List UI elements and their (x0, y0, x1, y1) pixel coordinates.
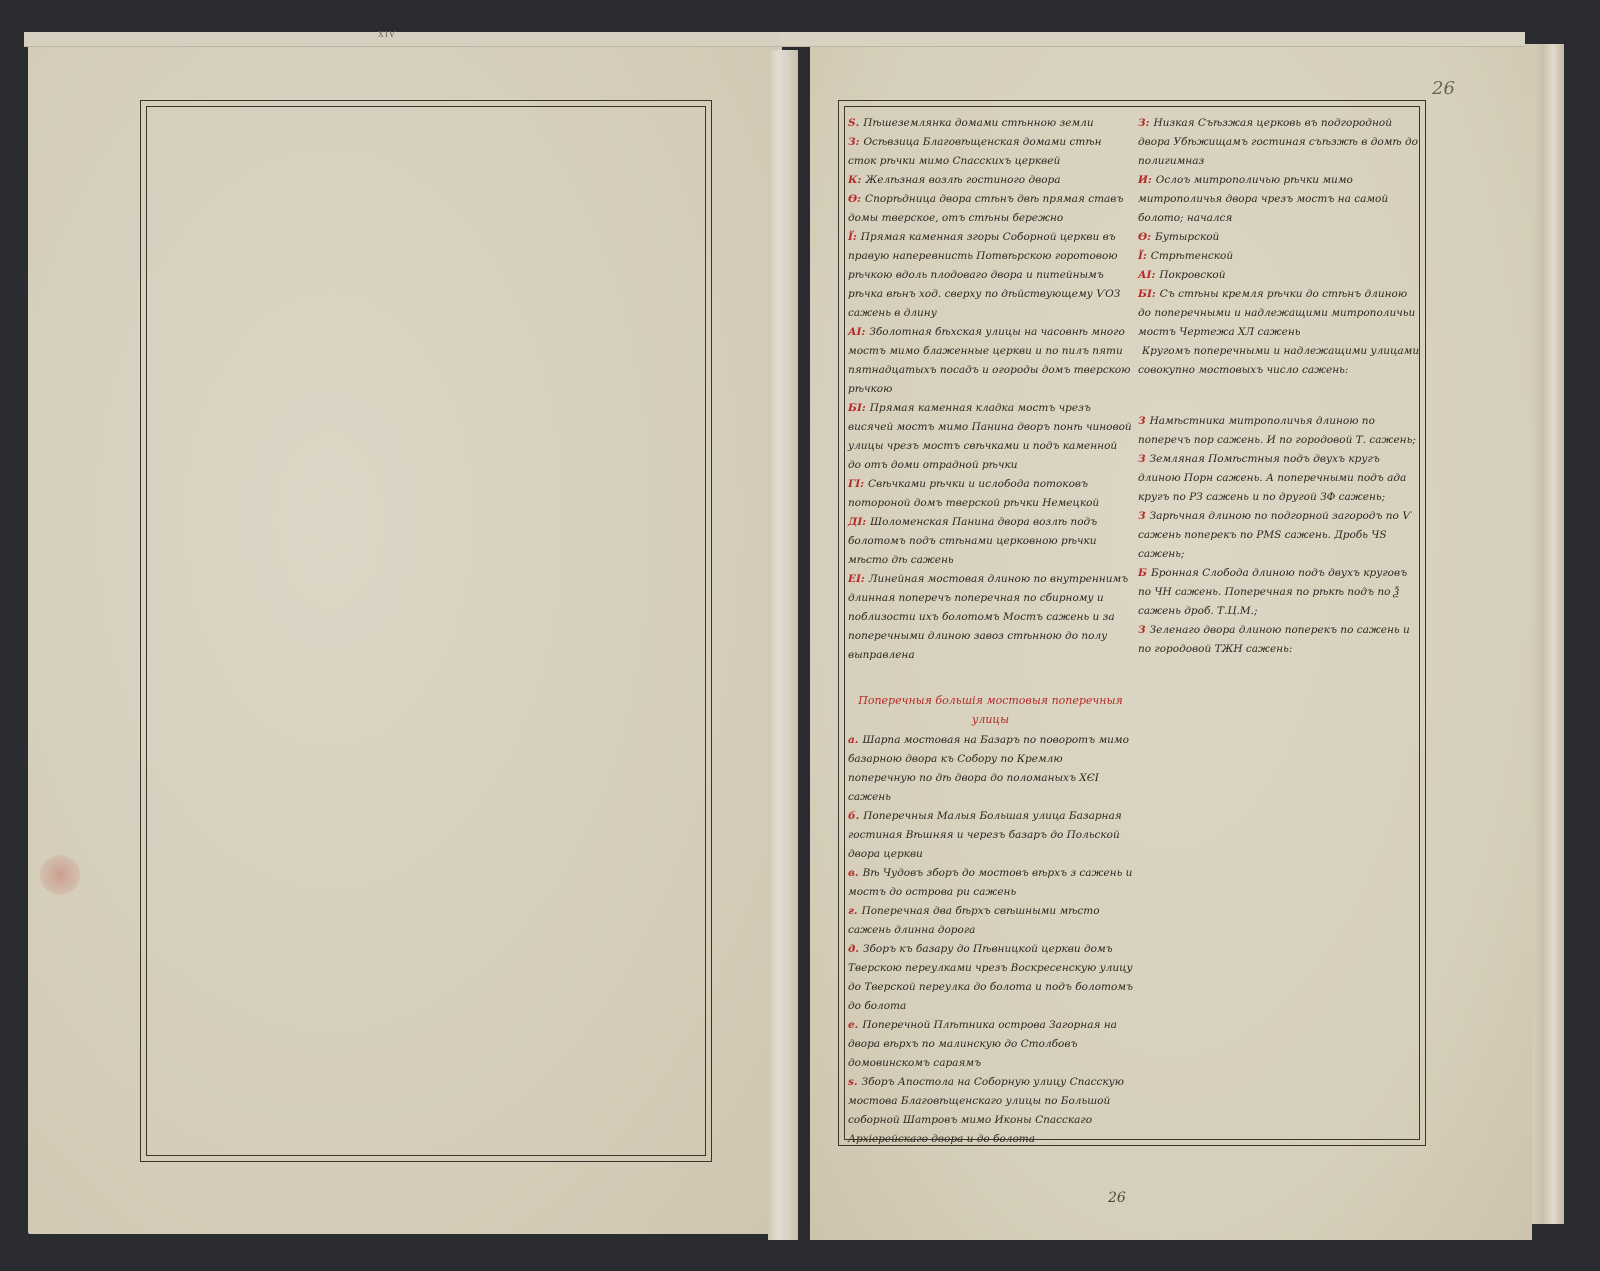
entry-number: Ѳ: (848, 193, 861, 205)
section-heading: Поперечныя большія мостовыя поперечныя у… (848, 691, 1133, 729)
text-column-2: З:Низкая Съѣзжая церковь въ подгородной … (1138, 114, 1423, 659)
entry-text: Шоломенская Панина двора возлѣ подъ боло… (848, 516, 1097, 566)
folio-number-top: 26 (1432, 78, 1455, 99)
entry-text: Зборъ къ базару до Пѣвницкой церкви домъ… (848, 943, 1133, 1012)
entry-text: Бутырской (1155, 231, 1219, 243)
entry-number: е. (848, 1019, 858, 1031)
entry-number: З: (1138, 117, 1149, 129)
entry-number: К: (848, 174, 861, 186)
entry: К:Желѣзная возлѣ гостиного двора (848, 171, 1133, 190)
entry: З:Осѣвзица Благовѣщенская домами стѣн ст… (848, 133, 1133, 171)
entry-number: АІ: (848, 326, 865, 338)
entry-number: И: (1138, 174, 1152, 186)
entry: БІ:Прямая каменная кладка мостъ чрезъ ви… (848, 399, 1133, 475)
entry-number: Ѕ. (848, 117, 859, 129)
entry: Кругомъ поперечными и надлежащими улицам… (1138, 342, 1423, 380)
entry: д.Зборъ къ базару до Пѣвницкой церкви до… (848, 940, 1133, 1016)
entry-number: ЕІ: (848, 573, 865, 585)
entry: Ѕ.Пѣшеземлянка домами стѣнною земли (848, 114, 1133, 133)
entry-number: З (1138, 415, 1146, 427)
entry-number: З (1138, 624, 1146, 636)
page-stack-edge (24, 32, 784, 47)
entry-text: Поперечныя Малыя Большая улица Базарная … (848, 810, 1122, 860)
folio-number-bottom: 26 (1108, 1190, 1126, 1206)
entry-number: З: (848, 136, 859, 148)
fore-edge (1532, 44, 1564, 1224)
entry-text: Зеленаго двора длиною поперекъ по сажень… (1138, 624, 1410, 655)
entry-number: Ї: (848, 231, 857, 243)
entry: ЗЗемляная Помѣстныя подъ двухъ кругъ дли… (1138, 450, 1423, 507)
entry-number: З (1138, 510, 1146, 522)
entry: Ѳ:Бутырской (1138, 228, 1423, 247)
entry-text: Линейная мостовая длиною по внутреннимъ … (848, 573, 1128, 661)
entry: а.Шарпа мостовая на Базаръ по поворотъ м… (848, 731, 1133, 807)
entry-number: ѕ. (848, 1076, 858, 1088)
entry-number: З (1138, 453, 1146, 465)
entry-text: Осѣвзица Благовѣщенская домами стѣн сток… (848, 136, 1102, 167)
left-page-frame (140, 100, 712, 1162)
entry-text: Поперечной Плѣтника острова Загорная на … (848, 1019, 1117, 1069)
entry: е.Поперечной Плѣтника острова Загорная н… (848, 1016, 1133, 1073)
entry-number: Ї: (1138, 250, 1147, 262)
entry-text: Зарѣчная длиною по подгорной загородъ по… (1138, 510, 1411, 560)
entry-text: Съ стѣны кремля рѣчки до стѣнъ длиною до… (1138, 288, 1415, 338)
entry: ЗЗеленаго двора длиною поперекъ по сажен… (1138, 621, 1423, 659)
entry-number: г. (848, 905, 858, 917)
entry: Ї:Стрѣтенской (1138, 247, 1423, 266)
entry-text: Намѣстника митрополичья длиною по попере… (1138, 415, 1416, 446)
manuscript-spread: ХІѴ 26 26 Ѕ.Пѣшеземлянка домами стѣнною … (0, 0, 1600, 1271)
entry-text: Пѣшеземлянка домами стѣнною земли (863, 117, 1093, 129)
entry-number: БІ: (1138, 288, 1156, 300)
entry: ГІ:Свѣчками рѣчки и ислобода потоковъ по… (848, 475, 1133, 513)
entry-number: БІ: (848, 402, 866, 414)
entry: ЗЗарѣчная длиною по подгорной загородъ п… (1138, 507, 1423, 564)
entry-text: Низкая Съѣзжая церковь въ подгородной дв… (1138, 117, 1418, 167)
entry-text: Зборъ Апостола на Соборную улицу Спасску… (848, 1076, 1124, 1145)
entry: Ѳ:Спорѣдница двора стѣнъ двѣ прямая став… (848, 190, 1133, 228)
entry-number: АІ: (1138, 269, 1155, 281)
entry-number: ГІ: (848, 478, 864, 490)
entry: АІ:Зболотная бѣхская улицы на часовнѣ мн… (848, 323, 1133, 399)
entry-text: Стрѣтенской (1151, 250, 1233, 262)
entry: ѕ.Зборъ Апостола на Соборную улицу Спасс… (848, 1073, 1133, 1149)
entry: З:Низкая Съѣзжая церковь въ подгородной … (1138, 114, 1423, 171)
page-stack-edge (780, 32, 1525, 47)
entry-text: Земляная Помѣстныя подъ двухъ кругъ длин… (1138, 453, 1406, 503)
entry-text: Прямая каменная кладка мостъ чрезъ висяч… (848, 402, 1132, 471)
entry: БІ:Съ стѣны кремля рѣчки до стѣнъ длиною… (1138, 285, 1423, 342)
entry-number: Ѳ: (1138, 231, 1151, 243)
entry-text: Покровской (1159, 269, 1225, 281)
entry-text: Кругомъ поперечными и надлежащими улицам… (1138, 345, 1419, 376)
entry-number: д. (848, 943, 859, 955)
entry-number: ДІ: (848, 516, 866, 528)
entry: б.Поперечныя Малыя Большая улица Базарна… (848, 807, 1133, 864)
binding-gutter (768, 50, 798, 1240)
top-edge-mark: ХІѴ (378, 30, 397, 39)
text-column-1: Ѕ.Пѣшеземлянка домами стѣнною земли З:Ос… (848, 114, 1133, 1149)
entry-number: а. (848, 734, 858, 746)
entry-text: Вѣ Чудовъ зборъ до мостовъ вѣрхъ з сажен… (848, 867, 1132, 898)
entry-number: б. (848, 810, 859, 822)
entry: Ї:Прямая каменная згоры Соборной церкви … (848, 228, 1133, 323)
entry: ДІ:Шоломенская Панина двора возлѣ подъ б… (848, 513, 1133, 570)
entry: ББронная Слобода длиною подъ двухъ круго… (1138, 564, 1423, 621)
entry-number: в. (848, 867, 859, 879)
entry-text: Зболотная бѣхская улицы на часовнѣ много… (848, 326, 1130, 395)
entry-text: Шарпа мостовая на Базаръ по поворотъ мим… (848, 734, 1129, 803)
entry-text: Поперечная два бѣрхъ свѣшными мѣсто саже… (848, 905, 1100, 936)
entry: И:Ослоъ митрополичью рѣчки мимо митропол… (1138, 171, 1423, 228)
red-stain (40, 855, 80, 895)
entry-text: Ослоъ митрополичью рѣчки мимо митрополич… (1138, 174, 1388, 224)
entry-number: Б (1138, 567, 1147, 579)
entry-text: Бронная Слобода длиною подъ двухъ кругов… (1138, 567, 1407, 617)
entry-text: Прямая каменная згоры Соборной церкви въ… (848, 231, 1120, 319)
entry: АІ:Покровской (1138, 266, 1423, 285)
entry-text: Свѣчками рѣчки и ислобода потоковъ потор… (848, 478, 1099, 509)
entry: ЕІ:Линейная мостовая длиною по внутренни… (848, 570, 1133, 665)
entry-text: Желѣзная возлѣ гостиного двора (865, 174, 1060, 186)
entry: в.Вѣ Чудовъ зборъ до мостовъ вѣрхъ з саж… (848, 864, 1133, 902)
entry-text: Спорѣдница двора стѣнъ двѣ прямая ставъ … (848, 193, 1123, 224)
entry: г.Поперечная два бѣрхъ свѣшными мѣсто са… (848, 902, 1133, 940)
entry: ЗНамѣстника митрополичья длиною по попер… (1138, 412, 1423, 450)
